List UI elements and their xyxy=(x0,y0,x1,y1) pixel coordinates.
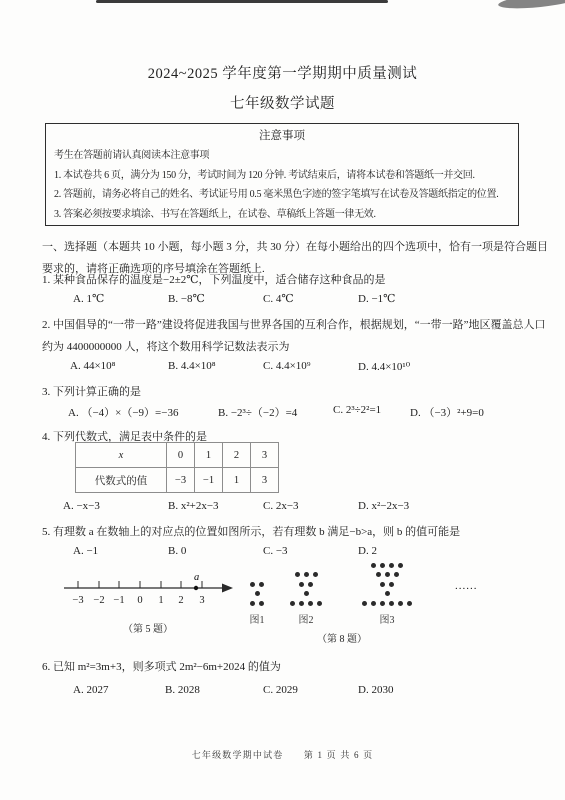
figure-caption-q8: （第 8 题） xyxy=(262,630,422,645)
dot-figure-2: 图2 xyxy=(288,560,324,626)
q3-option-c: C. 2³÷2²=1 xyxy=(333,404,410,420)
pattern-dot xyxy=(407,601,412,606)
page-footer: 七年级数学期中试卷 第 1 页 共 6 页 xyxy=(0,748,565,761)
q5-option-d: D. 2 xyxy=(358,545,377,557)
pattern-dot xyxy=(389,563,394,568)
q3-option-d: D. （−3）²+9=0 xyxy=(410,404,484,420)
q4-cell-x2: 2 xyxy=(223,443,251,468)
question-5-text: 5. 有理数 a 在数轴上的对应点的位置如图所示，若有理数 b 满足−b>a，则… xyxy=(42,523,460,539)
pattern-dot xyxy=(385,591,390,596)
pattern-dot xyxy=(290,601,295,606)
question-5-options: A. −1 B. 0 C. −3 D. 2 xyxy=(73,545,377,557)
tick-label: −3 xyxy=(72,595,83,606)
question-2-text-line2: 约为 4400000000 人，将这个数用科学记数法表示为 xyxy=(42,338,290,354)
pattern-dot xyxy=(308,582,313,587)
q1-option-d: D. −1℃ xyxy=(358,292,395,305)
pattern-dot xyxy=(304,591,309,596)
pattern-dot xyxy=(313,572,318,577)
q4-option-c: C. 2x−3 xyxy=(263,500,358,512)
pattern-dot xyxy=(389,582,394,587)
q2-option-b: B. 4.4×10⁸ xyxy=(168,360,263,373)
dot-row xyxy=(288,589,324,599)
pattern-dot xyxy=(299,582,304,587)
pattern-dot xyxy=(389,601,394,606)
pattern-dot xyxy=(380,601,385,606)
dot-figure-2-dots xyxy=(288,560,324,608)
dot-figure-1: 图1 xyxy=(248,560,266,626)
paper-title-line2: 七年级数学试题 xyxy=(0,92,565,113)
q2-option-d: D. 4.4×10¹⁰ xyxy=(358,360,410,373)
number-line-figure: a −3 −2 −1 0 1 2 3 xyxy=(58,572,238,614)
question-6-options: A. 2027 B. 2028 C. 2029 D. 2030 xyxy=(73,684,393,696)
scan-artifact-line xyxy=(96,0,388,3)
number-line-arrow-icon xyxy=(222,584,233,593)
pattern-dot xyxy=(259,601,264,606)
point-a-dot xyxy=(194,586,198,590)
figure-caption-q5: （第 5 题） xyxy=(88,620,208,635)
question-4-options: A. −x−3 B. x²+2x−3 C. 2x−3 D. x²−2x−3 xyxy=(63,500,409,512)
pattern-dot xyxy=(385,572,390,577)
notice-item-3: 3. 答案必须按要求填涂、书写在答题纸上，在试卷、草稿纸上答题一律无效. xyxy=(54,205,510,225)
notice-item-1: 1. 本试卷共 6 页，满分为 150 分，考试时间为 120 分钟. 考试结束… xyxy=(54,166,510,186)
pattern-dot xyxy=(371,563,376,568)
q1-option-a: A. 1℃ xyxy=(73,292,168,305)
q4-cell-v1: −1 xyxy=(195,468,223,493)
question-6-text: 6. 已知 m²=3m+3，则多项式 2m²−6m+2024 的值为 xyxy=(42,658,281,674)
q3-option-b: B. −2³÷（−2）=4 xyxy=(218,404,333,420)
question-2-text-line1: 2. 中国倡导的“一带一路”建设将促进我国与世界各国的互利合作，根据规划，“一带… xyxy=(42,316,546,332)
pattern-dot xyxy=(380,582,385,587)
pattern-dot xyxy=(362,601,367,606)
dot-row xyxy=(360,599,414,609)
pattern-dot xyxy=(376,572,381,577)
pattern-dot xyxy=(299,601,304,606)
question-1-options: A. 1℃ B. −8℃ C. 4℃ D. −1℃ xyxy=(73,292,395,305)
q1-option-b: B. −8℃ xyxy=(168,292,263,305)
paper-title-line1: 2024~2025 学年度第一学期期中质量测试 xyxy=(0,62,565,83)
dot-pattern-figures: 图1 图2 图3 xyxy=(248,560,414,626)
pattern-dot xyxy=(295,572,300,577)
q4-cell-v3: 3 xyxy=(251,468,279,493)
dot-figure-1-dots xyxy=(248,560,266,608)
pattern-dot xyxy=(304,572,309,577)
q1-option-c: C. 4℃ xyxy=(263,292,358,305)
pattern-dot xyxy=(398,601,403,606)
notice-box: 注意事项 考生在答题前请认真阅读本注意事项 1. 本试卷共 6 页，满分为 15… xyxy=(45,123,519,226)
dot-row xyxy=(288,570,324,580)
dot-row xyxy=(288,599,324,609)
dot-figure-2-label: 图2 xyxy=(299,611,314,626)
scan-artifact-smudge xyxy=(498,0,565,11)
pattern-dot xyxy=(371,601,376,606)
q3-option-a: A. （−4）×（−9）=−36 xyxy=(68,404,218,420)
notice-item-2: 2. 答题前，请务必将自己的姓名、考试证号用 0.5 毫米黑色字迹的签字笔填写在… xyxy=(54,185,510,205)
q4-cell-v2: 1 xyxy=(223,468,251,493)
q4-values-table: x 0 1 2 3 代数式的值 −3 −1 1 3 xyxy=(75,442,279,493)
q4-cell-x-header: x xyxy=(76,443,167,468)
tick-label: 1 xyxy=(158,595,163,606)
tick-label: −2 xyxy=(93,595,104,606)
q4-cell-value-header: 代数式的值 xyxy=(76,468,167,493)
pattern-dot xyxy=(317,601,322,606)
pattern-dot xyxy=(250,601,255,606)
pattern-dot xyxy=(380,563,385,568)
question-1-text: 1. 某种食品保存的温度是−2±2℃，下列温度中，适合储存这种食品的是 xyxy=(42,271,386,287)
exam-paper-page: 2024~2025 学年度第一学期期中质量测试 七年级数学试题 注意事项 考生在… xyxy=(0,0,565,800)
q4-option-b: B. x²+2x−3 xyxy=(168,500,263,512)
q5-option-b: B. 0 xyxy=(168,545,263,557)
q6-option-b: B. 2028 xyxy=(165,684,263,696)
pattern-dot xyxy=(250,582,255,587)
q6-option-c: C. 2029 xyxy=(263,684,358,696)
q4-cell-x3: 3 xyxy=(251,443,279,468)
q4-table-row-x: x 0 1 2 3 xyxy=(76,443,279,468)
q5-option-a: A. −1 xyxy=(73,545,168,557)
pattern-dot xyxy=(308,601,313,606)
dot-figure-3-dots xyxy=(360,560,414,608)
q4-cell-x0: 0 xyxy=(167,443,195,468)
q2-option-c: C. 4.4×10⁹ xyxy=(263,360,358,373)
q4-option-d: D. x²−2x−3 xyxy=(358,500,409,512)
question-2-options: A. 44×10⁸ B. 4.4×10⁸ C. 4.4×10⁹ D. 4.4×1… xyxy=(70,360,410,373)
q2-option-a: A. 44×10⁸ xyxy=(70,360,168,373)
pattern-dot xyxy=(394,572,399,577)
dot-row xyxy=(248,589,266,599)
q4-cell-x1: 1 xyxy=(195,443,223,468)
point-a-label: a xyxy=(194,572,199,583)
q5-option-c: C. −3 xyxy=(263,545,358,557)
q6-option-d: D. 2030 xyxy=(358,684,393,696)
tick-label: 3 xyxy=(199,595,204,606)
pattern-dot xyxy=(255,591,260,596)
dot-figure-1-label: 图1 xyxy=(250,611,265,626)
pattern-ellipsis: ...... xyxy=(455,580,478,592)
dot-figure-3: 图3 xyxy=(360,560,414,626)
dot-row xyxy=(360,580,414,590)
tick-label: −1 xyxy=(113,595,124,606)
tick-label: 2 xyxy=(178,595,183,606)
dot-figure-3-label: 图3 xyxy=(380,611,395,626)
dot-row xyxy=(360,561,414,571)
section1-intro-line1: 一、选择题（本题共 10 小题，每小题 3 分，共 30 分）在每小题给出的四个… xyxy=(42,238,548,254)
q6-option-a: A. 2027 xyxy=(73,684,165,696)
q4-cell-v0: −3 xyxy=(167,468,195,493)
q4-option-a: A. −x−3 xyxy=(63,500,168,512)
pattern-dot xyxy=(259,582,264,587)
notice-title: 注意事项 xyxy=(54,127,510,143)
tick-label: 0 xyxy=(137,595,142,606)
dot-row xyxy=(360,589,414,599)
question-3-text: 3. 下列计算正确的是 xyxy=(42,383,141,399)
dot-row xyxy=(360,570,414,580)
pattern-dot xyxy=(398,563,403,568)
dot-row xyxy=(248,599,266,609)
notice-intro: 考生在答题前请认真阅读本注意事项 xyxy=(54,146,510,166)
dot-row xyxy=(288,580,324,590)
q4-table-row-value: 代数式的值 −3 −1 1 3 xyxy=(76,468,279,493)
dot-row xyxy=(248,580,266,590)
question-3-options: A. （−4）×（−9）=−36 B. −2³÷（−2）=4 C. 2³÷2²=… xyxy=(68,404,484,420)
